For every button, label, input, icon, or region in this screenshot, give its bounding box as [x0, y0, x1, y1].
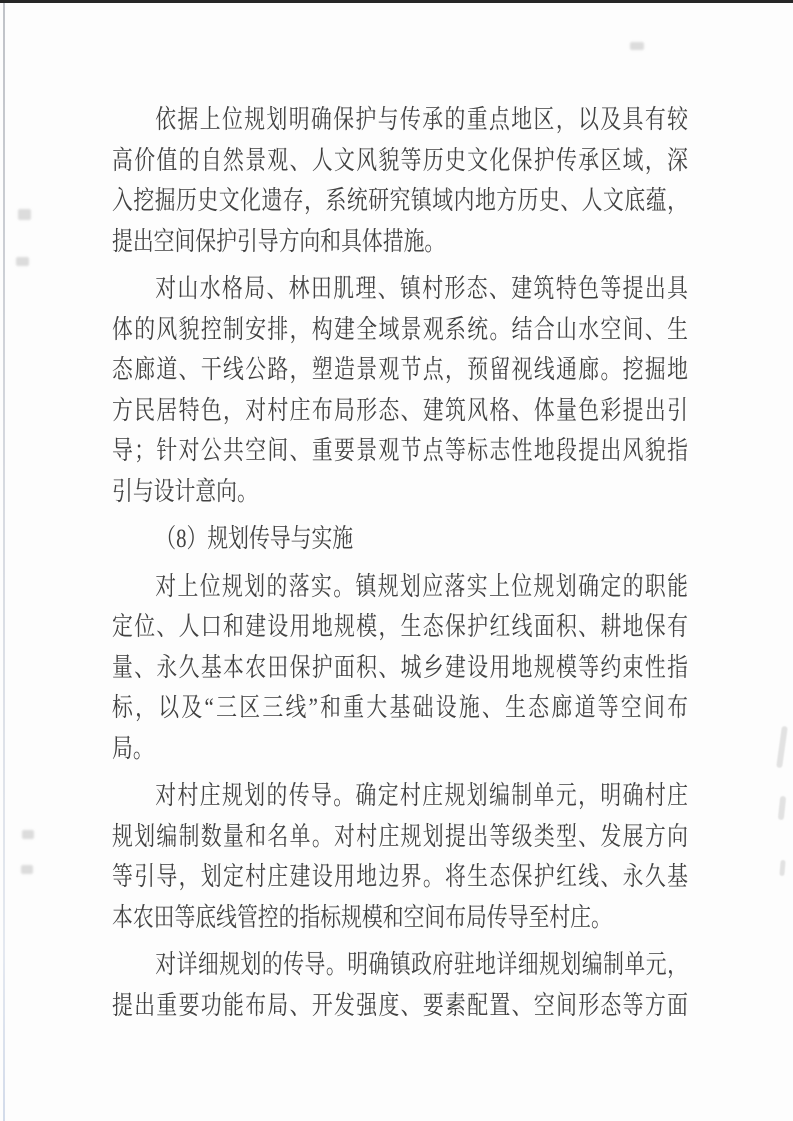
text-line: 态廊道、干线公路，塑造景观节点，预留视线通廊。挖掘地: [112, 350, 688, 391]
scanned-page: 依据上位规划明确保护与传承的重点地区，以及具有较高价值的自然景观、人文风貌等历史…: [0, 0, 793, 1121]
heading-section-8: （8）规划传导与实施: [112, 519, 688, 560]
para-upper-plan-implementation: 对上位规划的落实。镇规划应落实上位规划确定的职能定位、人口和建设用地规模，生态保…: [112, 567, 688, 770]
text-line: （8）规划传导与实施: [112, 519, 688, 560]
text-line: 本农田等底线管控的指标规模和空间布局传导至村庄。: [112, 898, 688, 939]
scan-artifact-smudge: [21, 865, 33, 874]
scan-artifact-scratch: [776, 726, 788, 768]
para-village-plan-transmission: 对村庄规划的传导。确定村庄规划编制单元，明确村庄规划编制数量和名单。对村庄规划提…: [112, 776, 688, 938]
text-line: 对详细规划的传导。明确镇政府驻地详细规划编制单元，: [112, 945, 688, 986]
scan-top-edge-line: [0, 0, 793, 3]
scan-artifact-smudge: [22, 830, 34, 839]
scan-artifact-scratch: [778, 796, 786, 820]
text-line: 量、永久基本农田保护面积、城乡建设用地规模等约束性指: [112, 648, 688, 689]
text-line: 引与设计意向。: [112, 472, 688, 513]
scan-artifact-smudge: [16, 257, 29, 266]
scan-left-edge-line: [3, 3, 5, 1121]
scan-artifact-scratch: [779, 860, 785, 876]
text-line: 对山水格局、林田肌理、镇村形态、建筑特色等提出具: [112, 269, 688, 310]
text-line: 体的风貌控制安排，构建全域景观系统。结合山水空间、生: [112, 310, 688, 351]
para-heritage-protection: 依据上位规划明确保护与传承的重点地区，以及具有较高价值的自然景观、人文风貌等历史…: [112, 100, 688, 262]
text-line: 依据上位规划明确保护与传承的重点地区，以及具有较: [112, 100, 688, 141]
text-line: 导；针对公共空间、重要景观节点等标志性地段提出风貌指: [112, 431, 688, 472]
text-line: 对上位规划的落实。镇规划应落实上位规划确定的职能: [112, 567, 688, 608]
text-line: 标，以及“三区三线”和重大基础设施、生态廊道等空间布: [112, 688, 688, 729]
text-line: 对村庄规划的传导。确定村庄规划编制单元，明确村庄: [112, 776, 688, 817]
text-line: 入挖掘历史文化遗存，系统研究镇域内地方历史、人文底蕴，: [112, 181, 688, 222]
scan-artifact-smudge: [18, 209, 31, 220]
para-landscape-control: 对山水格局、林田肌理、镇村形态、建筑特色等提出具体的风貌控制安排，构建全域景观系…: [112, 269, 688, 512]
scan-artifact-smudge: [630, 42, 644, 50]
text-line: 高价值的自然景观、人文风貌等历史文化保护传承区域，深: [112, 141, 688, 182]
text-line: 方民居特色，对村庄布局形态、建筑风格、体量色彩提出引: [112, 391, 688, 432]
text-line: 规划编制数量和名单。对村庄规划提出等级类型、发展方向: [112, 817, 688, 858]
text-line: 等引导，划定村庄建设用地边界。将生态保护红线、永久基: [112, 857, 688, 898]
text-line: 提出空间保护引导方向和具体措施。: [112, 222, 688, 263]
text-line: 定位、人口和建设用地规模，生态保护红线面积、耕地保有: [112, 607, 688, 648]
text-line: 提出重要功能布局、开发强度、要素配置、空间形态等方面: [112, 986, 688, 1027]
text-line: 局。: [112, 729, 688, 770]
document-text: 依据上位规划明确保护与传承的重点地区，以及具有较高价值的自然景观、人文风貌等历史…: [112, 100, 688, 1026]
para-detailed-plan-transmission: 对详细规划的传导。明确镇政府驻地详细规划编制单元，提出重要功能布局、开发强度、要…: [112, 945, 688, 1026]
